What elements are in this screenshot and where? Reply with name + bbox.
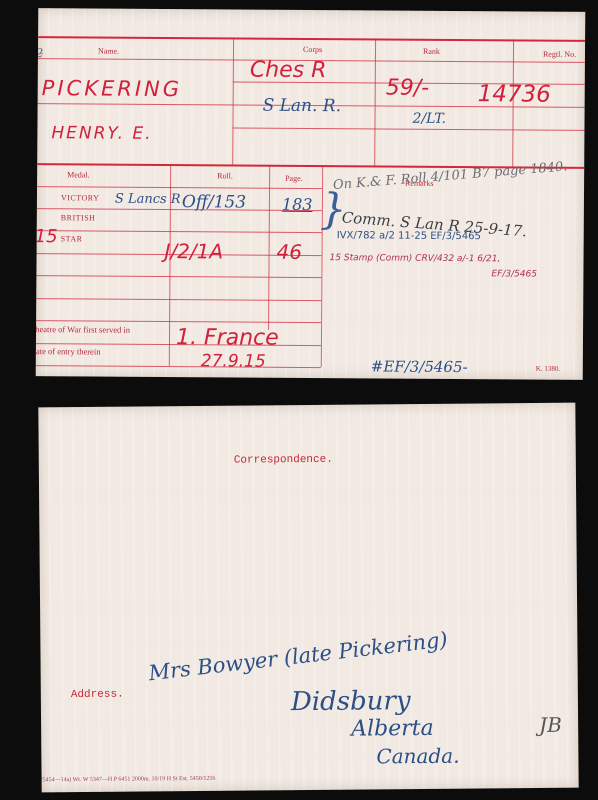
rank-label: Rank bbox=[423, 47, 440, 56]
rank-later: 2/LT. bbox=[412, 111, 446, 127]
col-divider bbox=[374, 38, 376, 165]
col-divider bbox=[268, 165, 270, 330]
regtl-no-label: Regtl. No. bbox=[543, 50, 576, 59]
name-label: Name. bbox=[98, 47, 119, 56]
col-divider bbox=[232, 37, 234, 164]
address-line-1: Mrs Bowyer (late Pickering) bbox=[147, 627, 448, 685]
victory-roll: Off/153 bbox=[182, 192, 246, 212]
rule bbox=[37, 230, 322, 233]
reference-number: #EF/3/5465- bbox=[371, 357, 468, 376]
form-number: K. 1380. bbox=[536, 365, 560, 373]
page-label: Page. bbox=[285, 174, 303, 183]
victory-unit: S Lancs R bbox=[115, 192, 181, 207]
rule bbox=[36, 320, 321, 323]
rank-original: 59/- bbox=[386, 76, 430, 101]
print-footer: (25454—14a) Wt. W 5347—H P 6451 2000m. 1… bbox=[38, 776, 215, 784]
roll-label: Roll. bbox=[217, 171, 233, 180]
theatre-value: 1. France bbox=[176, 325, 279, 351]
star-roll: J/2/1A bbox=[165, 239, 224, 263]
british-label: BRITISH bbox=[61, 213, 96, 222]
remark-line-3: IVX/782 a/2 11-25 EF/3/5465 bbox=[337, 230, 481, 242]
correspondence-heading: Correspondence. bbox=[234, 454, 333, 467]
address-line-3: Alberta bbox=[351, 716, 434, 742]
regimental-number: 14736 bbox=[478, 81, 551, 108]
remark-line-1: On K.& F. Roll 4/101 B7 page 1840. bbox=[332, 159, 567, 193]
corps-original: Ches R bbox=[250, 58, 327, 84]
surname: PICKERING bbox=[42, 76, 182, 101]
clerk-initials: JB bbox=[539, 713, 562, 737]
rule bbox=[37, 186, 322, 189]
medal-index-card-front: Name. Corps Rank Regtl. No. Medal. Roll.… bbox=[36, 8, 586, 380]
rule bbox=[232, 127, 584, 130]
address-label: Address. bbox=[71, 689, 124, 701]
date-entry-label: Date of entry therein bbox=[36, 346, 101, 356]
star-prefix: 15 bbox=[36, 226, 58, 247]
rule bbox=[36, 275, 321, 278]
remark-line-5: EF/3/5465 bbox=[491, 269, 537, 279]
remark-line-4: 15 Stamp (Comm) CRV/432 a/-1 6/21, bbox=[330, 253, 501, 264]
rule bbox=[36, 298, 321, 301]
rule bbox=[37, 208, 322, 211]
top-rule bbox=[38, 36, 585, 42]
card-number: 22 bbox=[36, 46, 44, 60]
medal-label: Medal. bbox=[67, 170, 89, 179]
star-label: STAR bbox=[61, 234, 83, 243]
medal-index-card-back: Correspondence. Address. Mrs Bowyer (lat… bbox=[38, 403, 578, 793]
star-page: 46 bbox=[277, 240, 303, 264]
victory-page: 183 bbox=[282, 195, 313, 214]
victory-label: VICTORY bbox=[61, 193, 100, 202]
forenames: HENRY. E. bbox=[51, 123, 152, 144]
date-entry-value: 27.9.15 bbox=[201, 351, 266, 371]
address-line-4: Canada. bbox=[376, 744, 459, 769]
address-line-2: Didsbury bbox=[291, 686, 411, 717]
rule bbox=[36, 365, 321, 368]
theatre-label: Theatre of War first served in bbox=[36, 324, 130, 335]
corps-label: Corps bbox=[303, 45, 322, 54]
corps-later: S Lan. R. bbox=[263, 96, 342, 117]
